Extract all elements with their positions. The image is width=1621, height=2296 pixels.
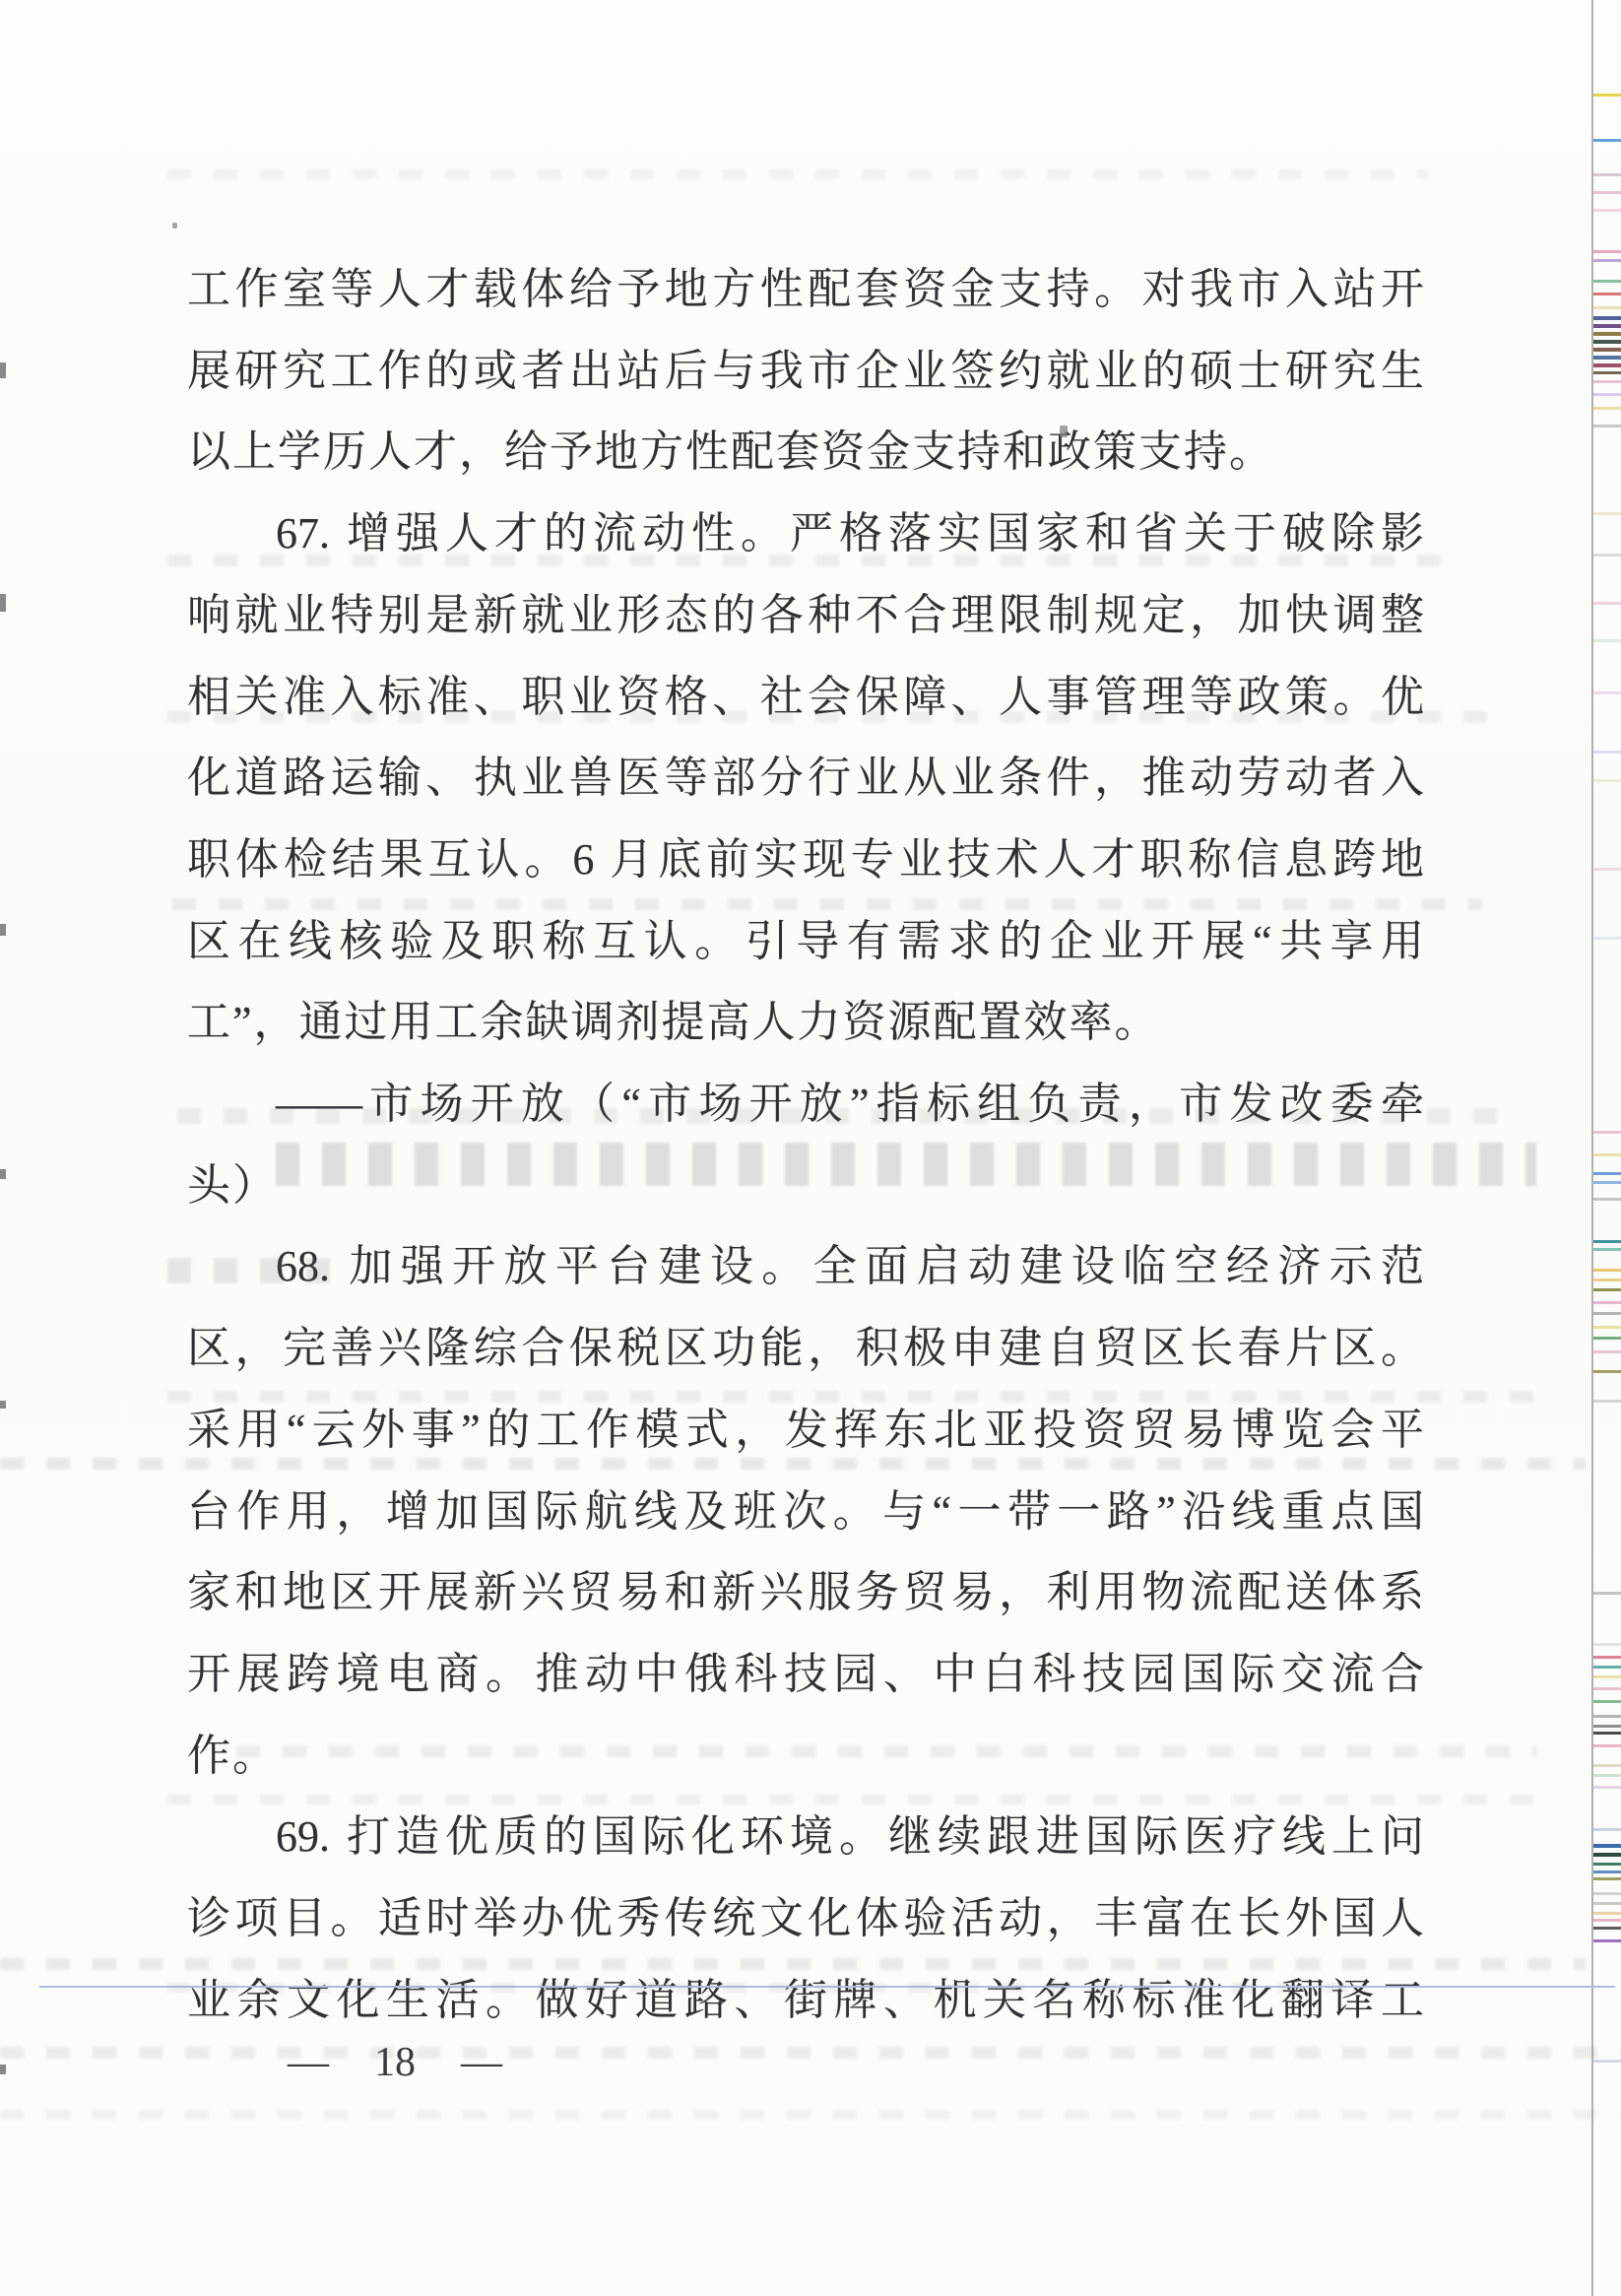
edge-mark	[0, 1401, 6, 1409]
text-line: 69. 打造优质的国际化环境。继续跟进国际医疗线上问	[187, 1811, 1424, 1870]
bleedthrough-band	[167, 1983, 1349, 1993]
text-line: 区，完善兴隆综合保税区功能，积极申建自贸区长春片区。	[187, 1323, 1424, 1382]
bleedthrough-band	[0, 2047, 1621, 2059]
text-line: 诊项目。适时举办优秀传统文化体验活动，丰富在长外国人	[187, 1893, 1424, 1952]
text-line: 区在线核验及职称互认。引导有需求的企业开展“共享用	[187, 916, 1424, 975]
bleedthrough-band	[167, 1391, 1536, 1403]
text-line: 工作室等人才载体给予地方性配套资金支持。对我市入站开	[187, 264, 1424, 323]
noise-stripe	[1593, 1131, 1621, 1134]
text-line: 采用“云外事”的工作模式，发挥东北亚投资贸易博览会平	[187, 1405, 1424, 1464]
bleedthrough-band	[167, 1258, 335, 1283]
noise-stripe	[1593, 1892, 1621, 1895]
edge-mark	[0, 362, 6, 378]
bleedthrough-band	[0, 2110, 1621, 2120]
noise-stripe	[1593, 1288, 1621, 1291]
noise-stripe	[1593, 306, 1621, 309]
scan-speck	[1060, 426, 1068, 437]
noise-stripe	[1593, 1172, 1621, 1175]
bleedthrough-band	[0, 1458, 1586, 1470]
noise-stripe	[1593, 340, 1621, 344]
noise-stripe	[1593, 1350, 1621, 1353]
noise-stripe	[1593, 1301, 1621, 1304]
noise-stripe	[1593, 371, 1621, 374]
noise-stripe	[1593, 1715, 1621, 1718]
edge-mark	[0, 924, 6, 936]
noise-stripe	[1593, 1919, 1621, 1922]
scanned-document-page: 工作室等人才载体给予地方性配套资金支持。对我市入站开展研究工作的或者出站后与我市…	[0, 0, 1621, 2296]
noise-stripe	[1593, 1248, 1621, 1251]
noise-stripe	[1593, 356, 1621, 360]
noise-stripe	[1593, 691, 1621, 694]
noise-stripe	[1593, 1656, 1621, 1659]
noise-stripe	[1593, 425, 1621, 427]
edge-mark	[0, 2065, 6, 2074]
noise-stripe	[1593, 779, 1621, 782]
noise-stripe	[1593, 1326, 1621, 1329]
noise-stripe	[1593, 293, 1621, 295]
noise-stripe	[1593, 316, 1621, 320]
noise-stripe	[1593, 393, 1621, 396]
noise-stripe	[1593, 602, 1621, 605]
noise-stripe	[1593, 1675, 1621, 1678]
noise-stripe	[1593, 512, 1621, 515]
noise-stripe	[1593, 1687, 1621, 1690]
noise-stripe	[1593, 1732, 1621, 1735]
bleedthrough-band	[276, 1143, 1536, 1186]
noise-stripe	[1593, 1181, 1621, 1184]
noise-stripe	[1593, 94, 1621, 97]
noise-stripe	[1593, 1198, 1621, 1201]
noise-stripe	[1593, 324, 1621, 328]
text-line: 工”，通过用工余缺调剂提高人力资源配置效率。	[187, 997, 1424, 1056]
noise-stripe	[1593, 1240, 1621, 1243]
noise-stripe	[1593, 937, 1621, 940]
noise-stripe	[1593, 1863, 1621, 1866]
text-line: 家和地区开展新兴贸易和新兴服务贸易，利用物流配送体系	[187, 1567, 1424, 1626]
noise-stripe	[1593, 1844, 1621, 1848]
noise-stripe	[1593, 348, 1621, 352]
text-line: 开展跨境电商。推动中俄科技园、中白科技园国际交流合	[187, 1649, 1424, 1708]
noise-stripe	[1593, 1870, 1621, 1873]
noise-stripe	[1593, 1764, 1621, 1767]
noise-stripe	[1593, 259, 1621, 262]
noise-stripe	[1593, 1592, 1621, 1595]
noise-stripe	[1593, 1153, 1621, 1156]
noise-stripe	[1593, 1912, 1621, 1915]
noise-stripe	[1593, 554, 1621, 557]
text-line: 68. 加强开放平台建设。全面启动建设临空经济示范	[187, 1241, 1424, 1300]
noise-stripe	[1593, 1269, 1621, 1272]
noise-stripe	[1593, 1902, 1621, 1905]
bleedthrough-band	[167, 169, 1428, 179]
noise-stripe	[1593, 380, 1621, 383]
noise-stripe	[1593, 191, 1621, 194]
text-line: 作。	[187, 1731, 1424, 1790]
bleedthrough-band	[177, 1108, 1517, 1124]
bleedthrough-band	[172, 898, 1482, 910]
noise-stripe	[1593, 1370, 1621, 1373]
noise-stripe	[1593, 1939, 1621, 1942]
noise-stripe	[1593, 1700, 1621, 1703]
noise-stripe	[1593, 1312, 1621, 1315]
noise-stripe	[1593, 1725, 1621, 1728]
text-line: 响就业特别是新就业形态的各种不合理限制规定，加快调整	[187, 590, 1424, 649]
text-line: 台作用，增加国际航线及班次。与“一带一路”沿线重点国	[187, 1486, 1424, 1545]
noise-stripe	[1593, 363, 1621, 367]
noise-stripe	[1593, 2060, 1621, 2063]
noise-stripe	[1593, 1828, 1621, 1831]
bleedthrough-band	[167, 1795, 1536, 1804]
noise-stripe	[1593, 407, 1621, 410]
noise-stripe	[1593, 280, 1621, 283]
noise-stripe	[1593, 1786, 1621, 1789]
text-line: 职体检结果互认。6 月底前实现专业技术人才职称信息跨地	[187, 834, 1424, 893]
noise-stripe	[1593, 1279, 1621, 1281]
noise-stripe	[1593, 1774, 1621, 1777]
noise-stripe	[1593, 173, 1621, 176]
bleedthrough-band	[236, 1745, 1536, 1757]
noise-stripe	[1593, 1643, 1621, 1646]
noise-stripe	[1593, 751, 1621, 754]
noise-stripe	[1593, 250, 1621, 253]
text-line: 以上学历人才，给予地方性配套资金支持和政策支持。	[187, 426, 1424, 486]
edge-mark	[0, 594, 6, 612]
noise-stripe	[1593, 1337, 1621, 1340]
text-line: 化道路运输、执业兽医等部分行业从业条件，推动劳动者入	[187, 753, 1424, 812]
bleedthrough-band	[167, 711, 1487, 723]
noise-stripe	[1593, 1744, 1621, 1747]
bleedthrough-band	[0, 1958, 1586, 1970]
edge-mark	[0, 1169, 6, 1179]
noise-stripe	[1593, 1927, 1621, 1930]
scanner-edge-line	[1591, 0, 1593, 2296]
noise-stripe	[1593, 139, 1621, 142]
noise-stripe	[1593, 639, 1621, 642]
noise-stripe	[1593, 1666, 1621, 1669]
text-line: 展研究工作的或者出站后与我市企业签约就业的硕士研究生	[187, 346, 1424, 405]
noise-stripe	[1593, 1853, 1621, 1857]
noise-stripe	[1593, 1400, 1621, 1403]
noise-stripe	[1593, 332, 1621, 336]
noise-stripe	[1593, 868, 1621, 871]
scan-speck	[172, 223, 177, 229]
noise-stripe	[1593, 1877, 1621, 1880]
bleedthrough-band	[167, 555, 1448, 566]
noise-stripe	[1593, 209, 1621, 212]
